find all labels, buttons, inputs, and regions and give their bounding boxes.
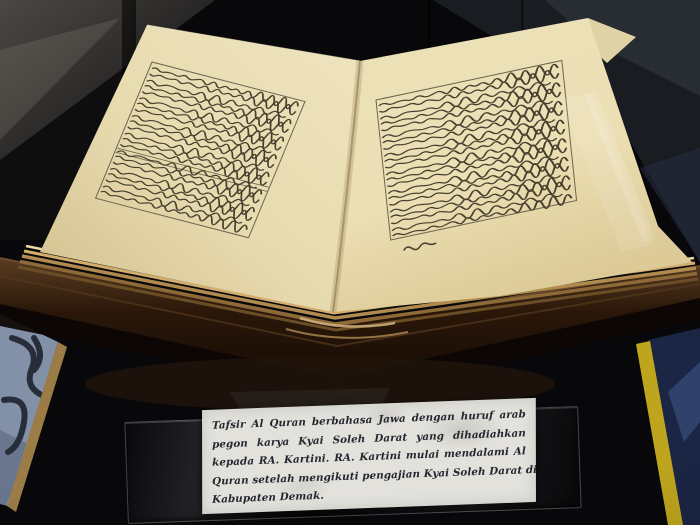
adjacent-display-panel [636,328,700,525]
museum-display-photo: Tafsir Al Quran berbahasa Jawa dengan hu… [0,0,700,525]
calligraphy-artwork [0,314,67,512]
label-card: Tafsir Al Quran berbahasa Jawa dengan hu… [202,398,536,514]
